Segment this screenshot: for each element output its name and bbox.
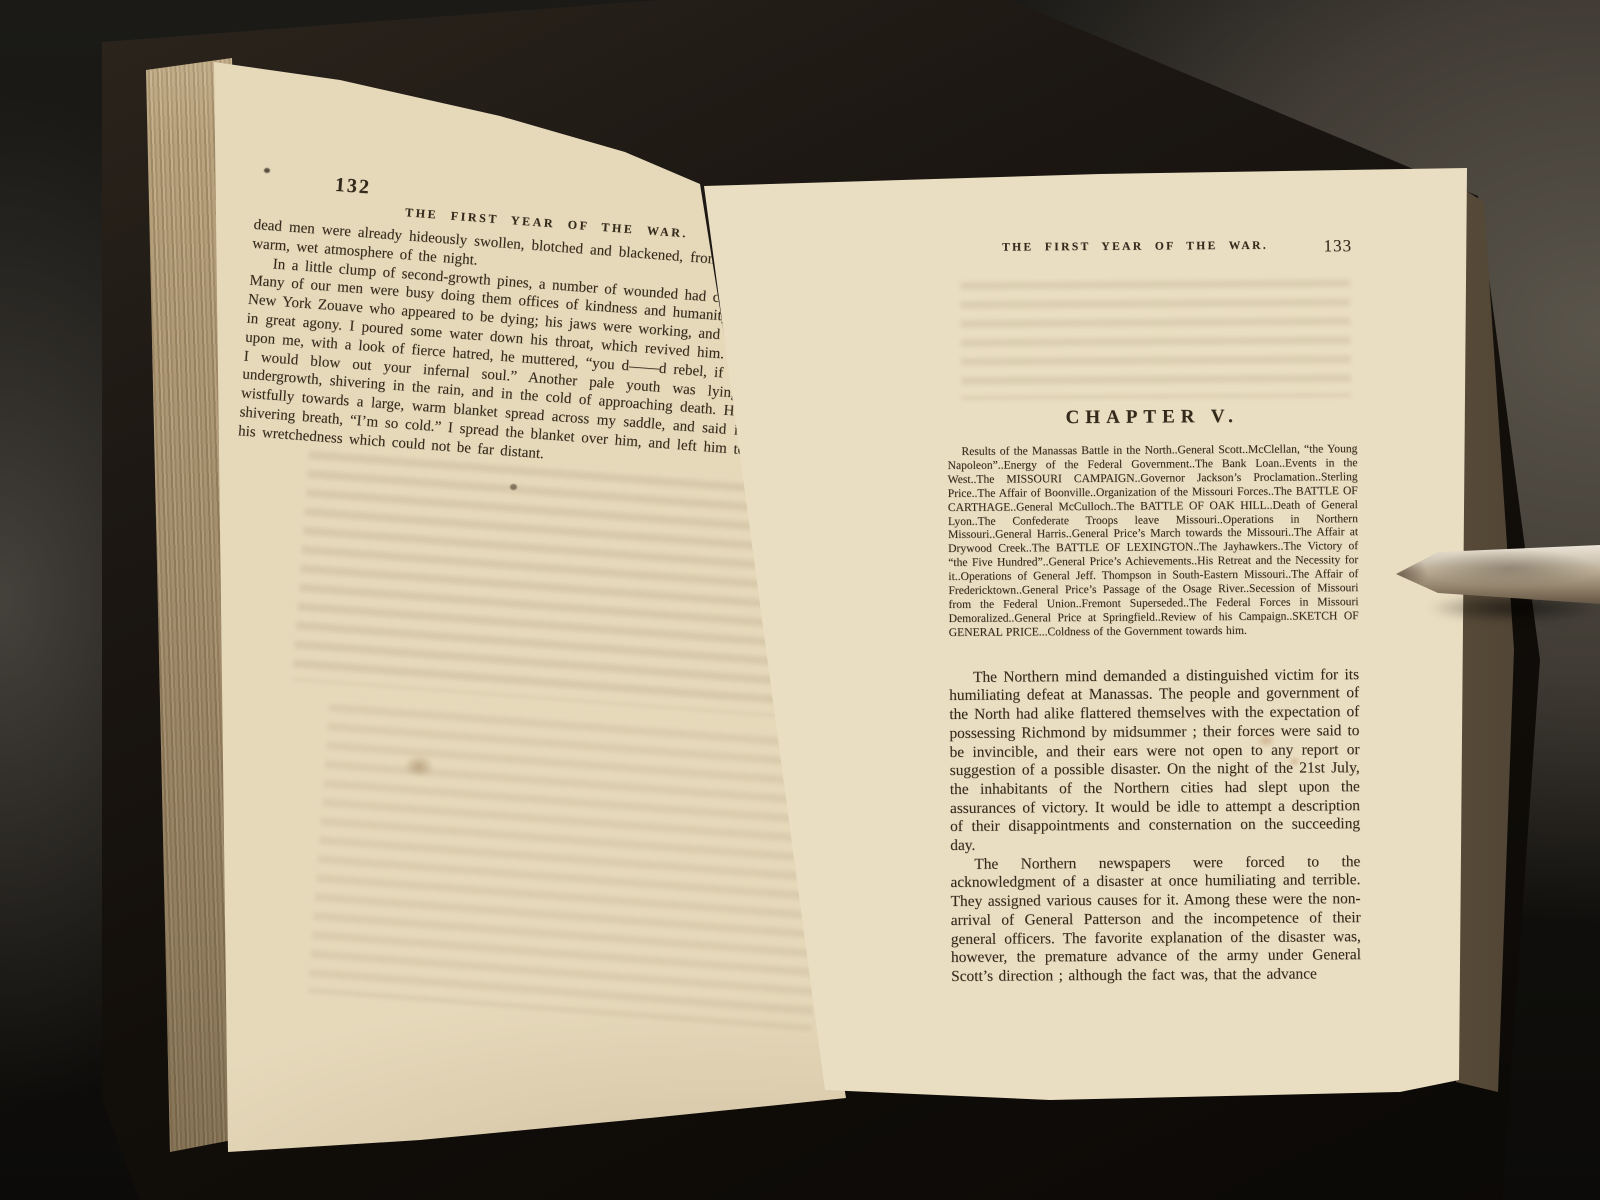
foxing-stain xyxy=(404,755,434,777)
foxing-stain xyxy=(1256,733,1276,748)
right-page-text-block: THE FIRST YEAR OF THE WAR. 133 CHAPTER V… xyxy=(946,239,1361,986)
chapter-heading: CHAPTER V. xyxy=(947,405,1357,430)
foxing-stain xyxy=(1288,756,1301,767)
right-paragraph: The Northern newspapers were forced to t… xyxy=(950,853,1361,987)
foxing-stain xyxy=(510,484,517,490)
right-running-header: THE FIRST YEAR OF THE WAR. xyxy=(1002,240,1268,254)
book-photo-scene: 132 THE FIRST YEAR OF THE WAR. dead men … xyxy=(0,0,1600,1200)
paper-speck xyxy=(264,168,270,173)
show-through-text xyxy=(960,279,1351,400)
show-through-text xyxy=(308,703,833,1030)
right-page-number: 133 xyxy=(1323,236,1352,256)
chapter-summary: Results of the Manassas Battle in the No… xyxy=(947,442,1358,640)
